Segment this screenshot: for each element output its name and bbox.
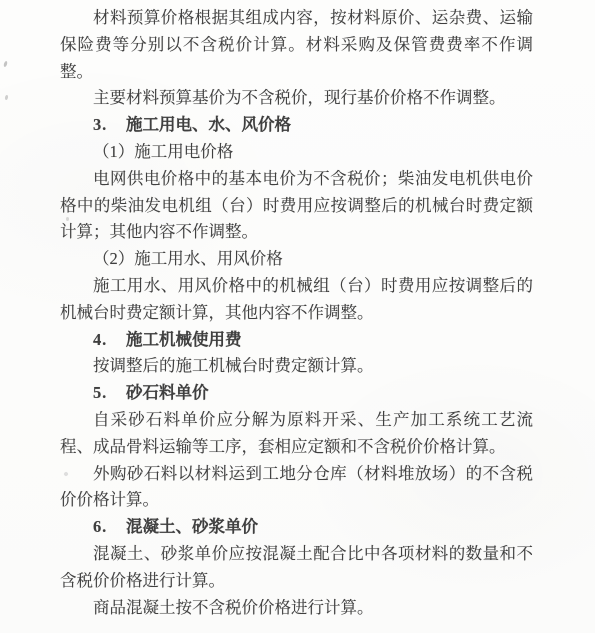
paragraph: 施工用水、用风价格中的机械组（台）时费用应按调整后的机械台时费定额计算，其他内容…	[60, 273, 533, 327]
paragraph: 材料预算价格根据其组成内容，按材料原价、运杂费、运输保险费等分别以不含税价计算。…	[60, 5, 533, 85]
paragraph: （1）施工用电价格	[60, 139, 533, 166]
heading-number: 4.	[93, 330, 107, 349]
heading-text: 施工用电、水、风价格	[126, 115, 291, 134]
heading-text: 混凝土、砂浆单价	[126, 517, 258, 536]
section-heading: 5.砂石料单价	[60, 380, 533, 407]
paragraph: 自采砂石料单价应分解为原料开采、生产加工系统工艺流程、成品骨料运输等工序，套相应…	[60, 407, 533, 461]
heading-number: 3.	[93, 115, 107, 134]
heading-number: 5.	[93, 383, 107, 402]
heading-text: 施工机械使用费	[126, 330, 242, 349]
document-body: 材料预算价格根据其组成内容，按材料原价、运杂费、运输保险费等分别以不含税价计算。…	[60, 5, 533, 621]
paragraph: 主要材料预算基价为不含税价，现行基价价格不作调整。	[60, 85, 533, 112]
section-heading: 6.混凝土、砂浆单价	[60, 514, 533, 541]
section-heading: 4.施工机械使用费	[60, 327, 533, 354]
paragraph: 外购砂石料以材料运到工地分仓库（材料堆放场）的不含税价价格计算。	[60, 461, 533, 515]
paragraph: 按调整后的施工机械台时费定额计算。	[60, 353, 533, 380]
scan-speck	[5, 95, 9, 101]
paragraph: 电网供电价格中的基本电价为不含税价；柴油发电机供电价格中的柴油发电机组（台）时费…	[60, 166, 533, 246]
scan-speck	[66, 217, 69, 221]
paragraph: （2）施工用水、用风价格	[60, 246, 533, 273]
scan-speck	[3, 61, 8, 68]
heading-number: 6.	[93, 517, 107, 536]
section-heading: 3.施工用电、水、风价格	[60, 112, 533, 139]
paragraph: 商品混凝土按不含税价价格进行计算。	[60, 595, 533, 622]
document-page: 材料预算价格根据其组成内容，按材料原价、运杂费、运输保险费等分别以不含税价计算。…	[0, 0, 595, 633]
paragraph: 混凝土、砂浆单价应按混凝土配合比中各项材料的数量和不含税价价格进行计算。	[60, 541, 533, 595]
heading-text: 砂石料单价	[126, 383, 209, 402]
